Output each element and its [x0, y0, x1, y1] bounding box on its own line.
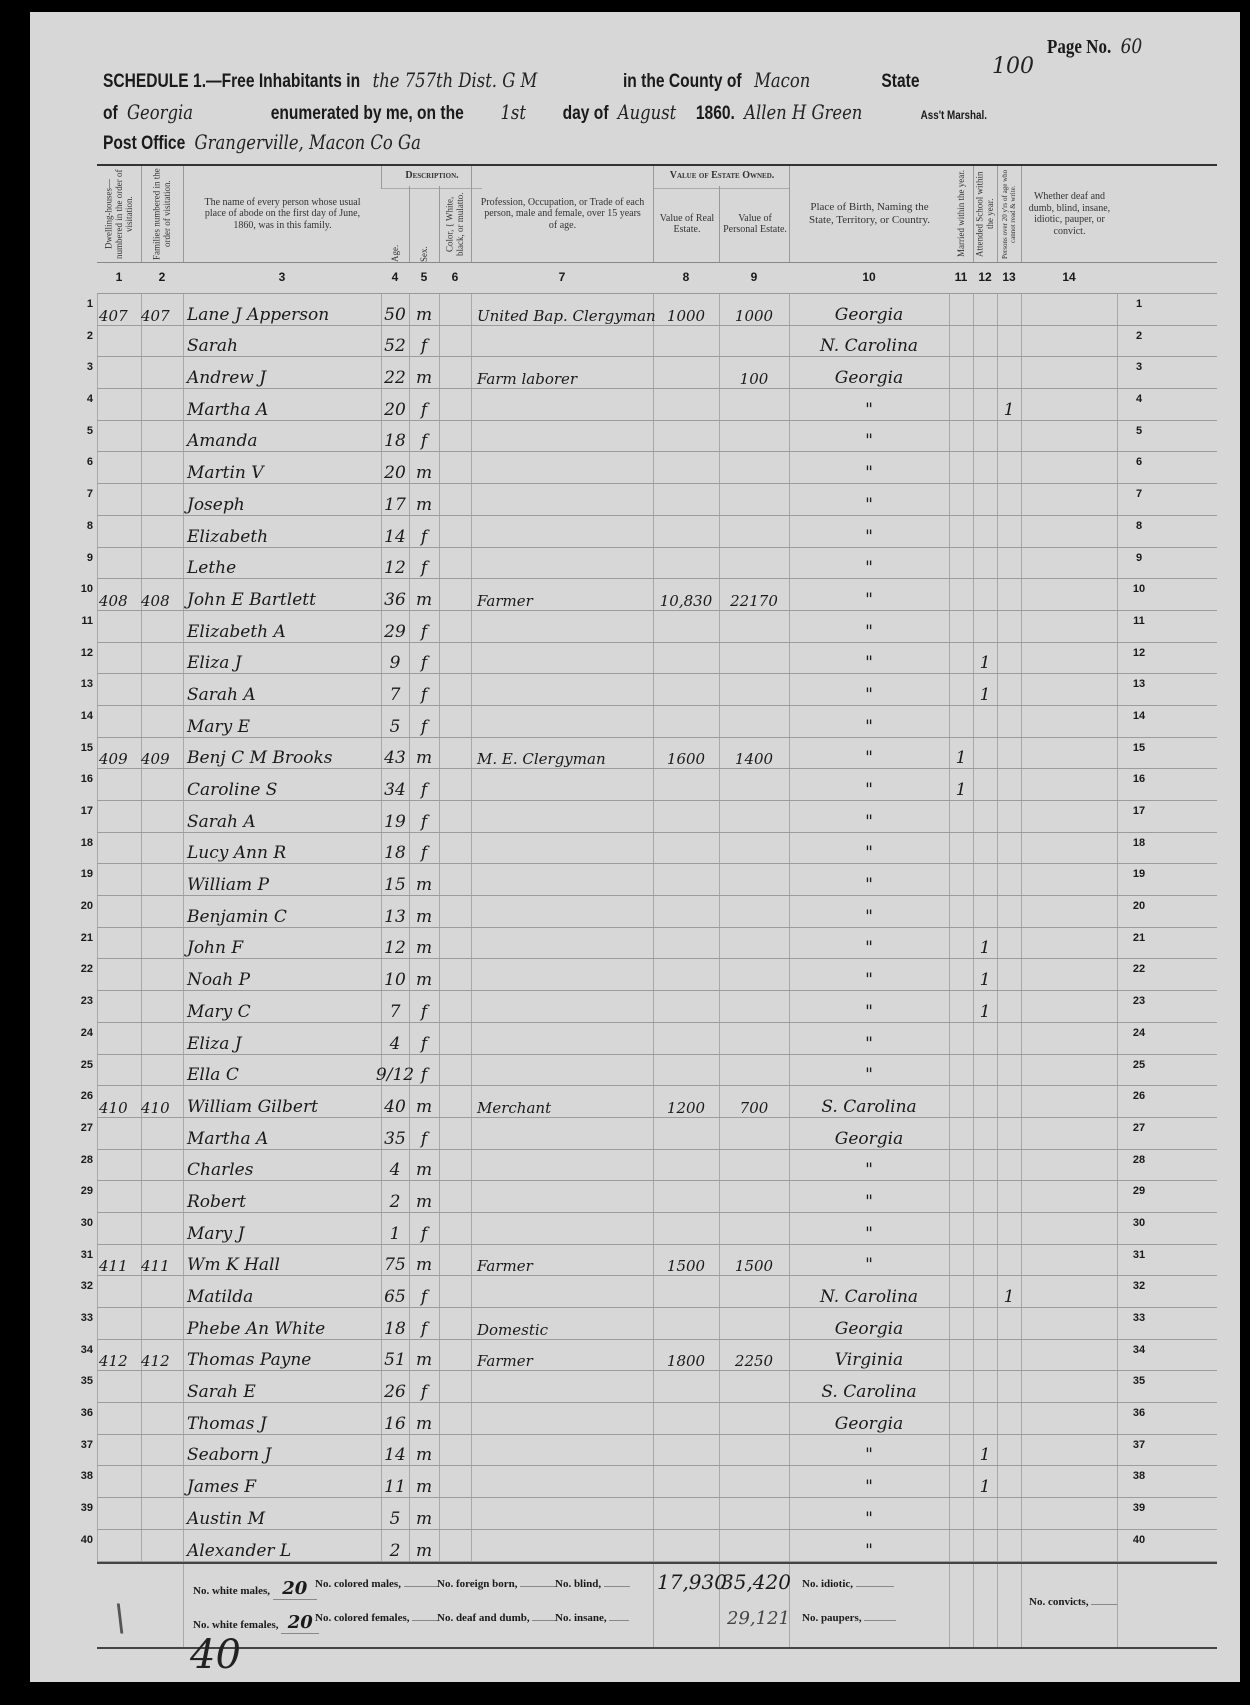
- cell-real-estate: [653, 896, 719, 931]
- cell-dwelling: [99, 357, 141, 392]
- cell-illiterate: [997, 1466, 1021, 1501]
- cell-occupation: [477, 1181, 653, 1216]
- cell-name: Amanda: [187, 421, 383, 456]
- line-number-left: 31: [75, 1249, 93, 1261]
- line-number-left: 30: [75, 1217, 93, 1229]
- county-value: Macon: [754, 68, 877, 92]
- cell-married: [949, 991, 973, 1026]
- table-row: 55Amanda18f": [97, 421, 1217, 453]
- cell-family: [141, 1403, 183, 1438]
- line-number-left: 13: [75, 678, 93, 690]
- cell-dwelling: [99, 1181, 141, 1216]
- cell-sex: m: [409, 1530, 439, 1565]
- line-number-right: 15: [1127, 742, 1151, 754]
- cell-sex: f: [409, 611, 439, 646]
- cell-dwelling: [99, 326, 141, 361]
- line-number-left: 15: [75, 742, 93, 754]
- cell-illiterate: [997, 1181, 1021, 1216]
- cell-illiterate: [997, 548, 1021, 583]
- cell-sex: m: [409, 896, 439, 931]
- cell-personal-estate: [719, 548, 789, 583]
- cell-school: [973, 1118, 997, 1153]
- deaf-dumb-label: No. deaf and dumb,: [437, 1612, 530, 1624]
- cell-real-estate: [653, 611, 719, 646]
- cell-birthplace: ": [789, 991, 949, 1026]
- cell-birthplace: Georgia: [789, 357, 949, 392]
- cell-birthplace: ": [789, 611, 949, 646]
- table-row: 1414Mary E5f": [97, 706, 1217, 738]
- cell-school: [973, 1245, 997, 1280]
- cell-illiterate: [997, 1498, 1021, 1533]
- cell-dwelling: [99, 1435, 141, 1470]
- line-number-left: 5: [75, 425, 93, 437]
- cell-real-estate: [653, 1403, 719, 1438]
- cell-illiterate: [997, 1530, 1021, 1565]
- table-footer-totals: No. white males, 20 No. white females, 2…: [97, 1562, 1217, 1649]
- of-label: of: [103, 103, 118, 124]
- schedule-label: SCHEDULE 1.—Free Inhabitants in: [103, 71, 360, 92]
- table-row: 3131411411Wm K Hall75mFarmer15001500": [97, 1245, 1217, 1277]
- line-number-left: 16: [75, 773, 93, 785]
- cell-illiterate: [997, 611, 1021, 646]
- table-row: 3737Seaborn J14m"1: [97, 1435, 1217, 1467]
- white-females-value: 20: [281, 1612, 319, 1634]
- cell-birthplace: ": [789, 801, 949, 836]
- cell-real-estate: [653, 928, 719, 963]
- cell-dwelling: [99, 706, 141, 741]
- cell-occupation: Merchant: [477, 1086, 653, 1121]
- cell-real-estate: [653, 1023, 719, 1058]
- line-number-left: 17: [75, 805, 93, 817]
- cell-sex: m: [409, 294, 439, 329]
- cell-illiterate: [997, 959, 1021, 994]
- cell-personal-estate: [719, 1403, 789, 1438]
- line-number-left: 9: [75, 552, 93, 564]
- cell-name: Charles: [187, 1150, 383, 1185]
- cell-married: [949, 1055, 973, 1090]
- cell-school: [973, 1498, 997, 1533]
- cell-personal-estate: [719, 833, 789, 868]
- table-row: 2323Mary C7f"1: [97, 991, 1217, 1023]
- cell-occupation: [477, 326, 653, 361]
- table-row: 2424Eliza J4f": [97, 1023, 1217, 1055]
- cell-family: [141, 421, 183, 456]
- cell-name: Lane J Apperson: [187, 294, 383, 329]
- cell-birthplace: ": [789, 833, 949, 868]
- cell-sex: f: [409, 769, 439, 804]
- line-number-left: 37: [75, 1439, 93, 1451]
- cell-school: [973, 1150, 997, 1185]
- cell-school: [973, 357, 997, 392]
- cell-illiterate: [997, 357, 1021, 392]
- cell-dwelling: [99, 959, 141, 994]
- table-row: 77Joseph17m": [97, 484, 1217, 516]
- cell-dwelling: [99, 1055, 141, 1090]
- cell-sex: f: [409, 516, 439, 551]
- col-header-disability: Whether deaf and dumb, blind, insane, id…: [1021, 166, 1117, 262]
- cell-personal-estate: [719, 1181, 789, 1216]
- cell-sex: m: [409, 1181, 439, 1216]
- cell-family: [141, 928, 183, 963]
- marshal-label: Ass't Marshal.: [921, 108, 987, 122]
- total-personal-estate: 35,420: [721, 1570, 791, 1594]
- state-label: State: [881, 71, 919, 92]
- table-row: 2626410410William Gilbert40mMerchant1200…: [97, 1086, 1217, 1118]
- line-number-left: 14: [75, 710, 93, 722]
- cell-age: 29: [381, 611, 409, 646]
- cell-dwelling: 411: [99, 1245, 141, 1280]
- table-row: 66Martin V20m": [97, 452, 1217, 484]
- cell-married: [949, 421, 973, 456]
- line-number-right: 9: [1127, 552, 1151, 564]
- cell-family: 409: [141, 738, 183, 773]
- cell-age: 9/12: [381, 1055, 409, 1090]
- table-row: 1313Sarah A7f"1: [97, 674, 1217, 706]
- line-number-right: 31: [1127, 1249, 1151, 1261]
- table-row: 3333Phebe An White18fDomesticGeorgia: [97, 1308, 1217, 1340]
- table-row: 1818Lucy Ann R18f": [97, 833, 1217, 865]
- cell-real-estate: [653, 769, 719, 804]
- cell-dwelling: [99, 421, 141, 456]
- page-number: Page No. 60: [1047, 34, 1142, 59]
- cell-married: [949, 928, 973, 963]
- cell-dwelling: [99, 1150, 141, 1185]
- line-number-right: 26: [1127, 1090, 1151, 1102]
- cell-occupation: Farmer: [477, 1340, 653, 1375]
- cell-name: Sarah A: [187, 801, 383, 836]
- cell-illiterate: [997, 928, 1021, 963]
- col-num: 14: [1021, 270, 1117, 284]
- cell-illiterate: [997, 1245, 1021, 1280]
- cell-occupation: [477, 1213, 653, 1248]
- cell-name: Austin M: [187, 1498, 383, 1533]
- line-number-left: 28: [75, 1154, 93, 1166]
- cell-real-estate: 10,830: [653, 579, 719, 614]
- cell-married: [949, 1466, 973, 1501]
- white-females-label: No. white females,: [193, 1619, 279, 1631]
- cell-sex: f: [409, 643, 439, 678]
- cell-illiterate: [997, 674, 1021, 709]
- cell-personal-estate: [719, 1118, 789, 1153]
- cell-illiterate: [997, 484, 1021, 519]
- cell-sex: m: [409, 1498, 439, 1533]
- cell-occupation: [477, 1276, 653, 1311]
- cell-occupation: M. E. Clergyman: [477, 738, 653, 773]
- line-number-left: 21: [75, 932, 93, 944]
- cell-personal-estate: 1500: [719, 1245, 789, 1280]
- cell-sex: f: [409, 991, 439, 1026]
- cell-family: [141, 1466, 183, 1501]
- cell-personal-estate: [719, 326, 789, 361]
- cell-name: Ella C: [187, 1055, 383, 1090]
- cell-dwelling: [99, 833, 141, 868]
- cell-real-estate: [653, 548, 719, 583]
- cell-married: [949, 611, 973, 646]
- col-header-personal-estate: Value of Personal Estate.: [719, 186, 790, 262]
- cell-name: Andrew J: [187, 357, 383, 392]
- cell-real-estate: [653, 421, 719, 456]
- cell-name: Elizabeth A: [187, 611, 383, 646]
- cell-personal-estate: [719, 1023, 789, 1058]
- line-number-right: 6: [1127, 456, 1151, 468]
- table-row: 1111Elizabeth A29f": [97, 611, 1217, 643]
- cell-school: [973, 516, 997, 551]
- line-number-right: 18: [1127, 837, 1151, 849]
- cell-dwelling: [99, 1498, 141, 1533]
- table-row: 44Martha A20f"1: [97, 389, 1217, 421]
- cell-real-estate: [653, 1466, 719, 1501]
- cell-married: [949, 674, 973, 709]
- cell-age: 4: [381, 1150, 409, 1185]
- cell-married: [949, 1340, 973, 1375]
- cell-age: 18: [381, 833, 409, 868]
- line-number-right: 29: [1127, 1185, 1151, 1197]
- table-body: 11407407Lane J Apperson50mUnited Bap. Cl…: [97, 294, 1217, 1562]
- cell-occupation: [477, 421, 653, 456]
- cell-married: [949, 959, 973, 994]
- cell-married: [949, 833, 973, 868]
- cell-married: [949, 1181, 973, 1216]
- cell-sex: m: [409, 738, 439, 773]
- idiotic-field: No. idiotic,: [802, 1578, 894, 1590]
- cell-real-estate: [653, 864, 719, 899]
- cell-personal-estate: [719, 1150, 789, 1185]
- table-row: 3939Austin M5m": [97, 1498, 1217, 1530]
- cell-occupation: [477, 833, 653, 868]
- cell-illiterate: [997, 1435, 1021, 1470]
- cell-married: [949, 1213, 973, 1248]
- cell-married: [949, 484, 973, 519]
- paupers-label: No. paupers,: [802, 1612, 862, 1624]
- cell-name: Caroline S: [187, 769, 383, 804]
- cell-school: [973, 1530, 997, 1565]
- cell-birthplace: ": [789, 1245, 949, 1280]
- line-number-right: 25: [1127, 1059, 1151, 1071]
- line-number-right: 13: [1127, 678, 1151, 690]
- col-header-married: Married within the year.: [949, 166, 974, 262]
- cell-name: Lucy Ann R: [187, 833, 383, 868]
- insane-label: No. insane,: [555, 1612, 607, 1624]
- table-row: 2525Ella C9/12f": [97, 1055, 1217, 1087]
- cell-married: [949, 706, 973, 741]
- cell-school: [973, 801, 997, 836]
- cell-age: 18: [381, 421, 409, 456]
- cell-sex: m: [409, 928, 439, 963]
- cell-real-estate: [653, 1276, 719, 1311]
- line-number-left: 35: [75, 1375, 93, 1387]
- line-number-left: 36: [75, 1407, 93, 1419]
- line-number-right: 33: [1127, 1312, 1151, 1324]
- cell-school: [973, 1023, 997, 1058]
- cell-dwelling: [99, 1371, 141, 1406]
- cell-dwelling: [99, 1213, 141, 1248]
- cell-family: 412: [141, 1340, 183, 1375]
- cell-illiterate: [997, 643, 1021, 678]
- cell-age: 40: [381, 1086, 409, 1121]
- convicts-field: No. convicts,: [1029, 1596, 1117, 1608]
- line-number-right: 24: [1127, 1027, 1151, 1039]
- cell-real-estate: [653, 452, 719, 487]
- cell-married: [949, 643, 973, 678]
- table-row: 11407407Lane J Apperson50mUnited Bap. Cl…: [97, 294, 1217, 326]
- cell-real-estate: [653, 357, 719, 392]
- cell-age: 10: [381, 959, 409, 994]
- cell-age: 19: [381, 801, 409, 836]
- cell-real-estate: [653, 1181, 719, 1216]
- white-males-value: 20: [273, 1578, 317, 1600]
- enumeration-line: of Georgia enumerated by me, on the 1st …: [103, 100, 1112, 125]
- cell-age: 20: [381, 452, 409, 487]
- cell-married: [949, 1530, 973, 1565]
- col-num: 3: [183, 270, 381, 284]
- cell-name: Seaborn J: [187, 1435, 383, 1470]
- personal-estate-note: 29,121: [727, 1608, 790, 1629]
- day-value: 1st: [468, 100, 558, 124]
- line-number-left: 20: [75, 900, 93, 912]
- cell-illiterate: [997, 896, 1021, 931]
- day-of-label: day of: [563, 103, 609, 124]
- cell-birthplace: ": [789, 516, 949, 551]
- cell-occupation: [477, 548, 653, 583]
- cell-real-estate: [653, 389, 719, 424]
- cell-birthplace: ": [789, 928, 949, 963]
- cell-real-estate: [653, 326, 719, 361]
- cell-school: 1: [973, 1466, 997, 1501]
- table-row: 3535Sarah E26fS. Carolina: [97, 1371, 1217, 1403]
- cell-age: 50: [381, 294, 409, 329]
- cell-school: [973, 1055, 997, 1090]
- line-number-left: 10: [75, 583, 93, 595]
- deaf-dumb-field: No. deaf and dumb,: [437, 1612, 556, 1624]
- cell-occupation: [477, 864, 653, 899]
- cell-dwelling: [99, 548, 141, 583]
- cell-birthplace: ": [789, 389, 949, 424]
- cell-name: James F: [187, 1466, 383, 1501]
- cell-family: [141, 1435, 183, 1470]
- cell-birthplace: ": [789, 1213, 949, 1248]
- post-office-value: Grangerville, Macon Co Ga: [195, 130, 421, 154]
- cell-real-estate: [653, 706, 719, 741]
- cell-occupation: Farm laborer: [477, 357, 653, 392]
- cell-married: [949, 864, 973, 899]
- cell-birthplace: ": [789, 706, 949, 741]
- col-num: 4: [381, 270, 409, 284]
- col-num: 5: [409, 270, 439, 284]
- cell-birthplace: S. Carolina: [789, 1086, 949, 1121]
- col-num: 8: [653, 270, 719, 284]
- cell-age: 15: [381, 864, 409, 899]
- cell-family: [141, 1150, 183, 1185]
- cell-name: Phebe An White: [187, 1308, 383, 1343]
- cell-name: Martha A: [187, 1118, 383, 1153]
- cell-real-estate: [653, 959, 719, 994]
- cell-dwelling: [99, 516, 141, 551]
- cell-family: [141, 326, 183, 361]
- table-row: 1616Caroline S34f"1: [97, 769, 1217, 801]
- cell-illiterate: [997, 1371, 1021, 1406]
- cell-real-estate: [653, 1498, 719, 1533]
- cell-occupation: [477, 389, 653, 424]
- cell-age: 17: [381, 484, 409, 519]
- county-label: in the County of: [623, 71, 742, 92]
- line-number-left: 22: [75, 963, 93, 975]
- cell-birthplace: ": [789, 1055, 949, 1090]
- cell-family: [141, 643, 183, 678]
- year-value: 1860.: [696, 103, 735, 124]
- cell-school: [973, 611, 997, 646]
- line-number-right: 27: [1127, 1122, 1151, 1134]
- table-row: 1919William P15m": [97, 864, 1217, 896]
- col-header-dwelling: Dwelling-houses—numbered in the order of…: [97, 166, 142, 262]
- table-row: 2828Charles4m": [97, 1150, 1217, 1182]
- cell-school: [973, 1371, 997, 1406]
- cell-occupation: [477, 959, 653, 994]
- cell-occupation: Farmer: [477, 1245, 653, 1280]
- cell-name: Sarah A: [187, 674, 383, 709]
- cell-school: [973, 1276, 997, 1311]
- line-number-left: 39: [75, 1502, 93, 1514]
- cell-dwelling: 409: [99, 738, 141, 773]
- line-number-right: 16: [1127, 773, 1151, 785]
- line-number-left: 34: [75, 1344, 93, 1356]
- cell-birthplace: ": [789, 674, 949, 709]
- cell-age: 11: [381, 1466, 409, 1501]
- colored-males-field: No. colored males,: [315, 1578, 438, 1590]
- cell-personal-estate: [719, 896, 789, 931]
- cell-personal-estate: [719, 674, 789, 709]
- cell-dwelling: 408: [99, 579, 141, 614]
- table-row: 2020Benjamin C13m": [97, 896, 1217, 928]
- cell-married: [949, 357, 973, 392]
- cell-school: [973, 833, 997, 868]
- cell-school: [973, 484, 997, 519]
- cell-illiterate: [997, 294, 1021, 329]
- cell-sex: f: [409, 1023, 439, 1058]
- line-number-left: 3: [75, 361, 93, 373]
- district-value: the 757th Dist. G M: [373, 68, 619, 92]
- cell-dwelling: [99, 484, 141, 519]
- cell-age: 14: [381, 1435, 409, 1470]
- line-number-left: 29: [75, 1185, 93, 1197]
- cell-married: [949, 579, 973, 614]
- cell-sex: m: [409, 484, 439, 519]
- cell-illiterate: [997, 738, 1021, 773]
- line-number-right: 22: [1127, 963, 1151, 975]
- table-row: 2929Robert2m": [97, 1181, 1217, 1213]
- cell-name: Eliza J: [187, 1023, 383, 1058]
- cell-family: 408: [141, 579, 183, 614]
- line-number-left: 7: [75, 488, 93, 500]
- col-header-school: Attended School within the year.: [973, 166, 998, 262]
- cell-dwelling: [99, 1023, 141, 1058]
- white-males-field: No. white males, 20: [193, 1578, 317, 1600]
- colored-females-field: No. colored females,: [315, 1612, 438, 1624]
- cell-personal-estate: [719, 1466, 789, 1501]
- cell-school: [973, 1340, 997, 1375]
- cell-birthplace: Georgia: [789, 294, 949, 329]
- line-number-right: 37: [1127, 1439, 1151, 1451]
- cell-illiterate: [997, 1308, 1021, 1343]
- cell-school: [973, 706, 997, 741]
- cell-real-estate: [653, 1055, 719, 1090]
- cell-real-estate: [653, 1308, 719, 1343]
- cell-dwelling: [99, 1118, 141, 1153]
- line-number-right: 38: [1127, 1470, 1151, 1482]
- margin-mark: \: [114, 1598, 126, 1639]
- cell-family: [141, 611, 183, 646]
- cell-personal-estate: [719, 484, 789, 519]
- post-office-label: Post Office: [103, 133, 185, 154]
